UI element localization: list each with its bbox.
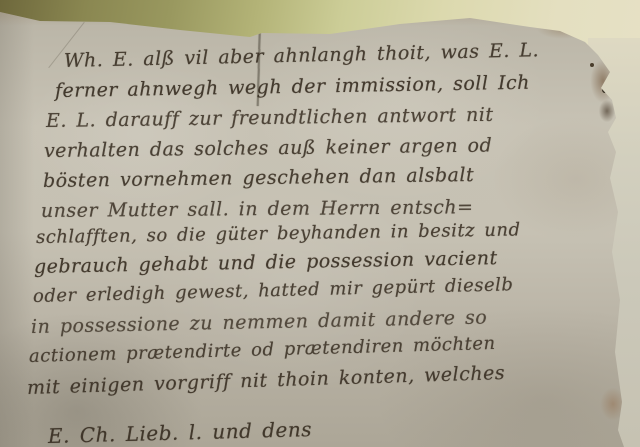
manuscript-line: gebrauch gehabt und die possession vacie… bbox=[34, 247, 498, 278]
manuscript-line: unser Mutter sall. in dem Herrn entsch= bbox=[41, 196, 474, 222]
manuscript-line: schlafften, so die güter beyhanden in be… bbox=[36, 219, 521, 248]
manuscript-line: oder erledigh gewest, hatted mir gepürt … bbox=[33, 274, 514, 307]
manuscript-line: Wh. E. alß vil aber ahnlangh thoit, was … bbox=[64, 39, 540, 72]
manuscript-line-partial: E. Ch. Lieb. l. und dens bbox=[48, 417, 313, 447]
manuscript-page: Wh. E. alß vil aber ahnlangh thoit, was … bbox=[0, 0, 640, 447]
manuscript-line: actionem prætendirte od prætendiren möch… bbox=[29, 333, 496, 367]
ink-speck bbox=[590, 63, 594, 67]
manuscript-line: bösten vornehmen geschehen dan alsbalt bbox=[43, 164, 474, 192]
ink-speck bbox=[624, 1, 632, 6]
manuscript-line: ferner ahnwegh wegh der immission, soll … bbox=[55, 72, 530, 102]
manuscript-line: E. L. darauff zur freundtlichen antwort … bbox=[46, 104, 494, 132]
manuscript-line: verhalten das solches auß keiner argen o… bbox=[44, 135, 492, 162]
manuscript-line: mit einigen vorgriff nit thoin konten, w… bbox=[27, 362, 506, 399]
manuscript-line: in possessione zu nemmen damit andere so bbox=[31, 306, 488, 338]
manuscript-photo: Wh. E. alß vil aber ahnlangh thoit, was … bbox=[0, 0, 640, 447]
